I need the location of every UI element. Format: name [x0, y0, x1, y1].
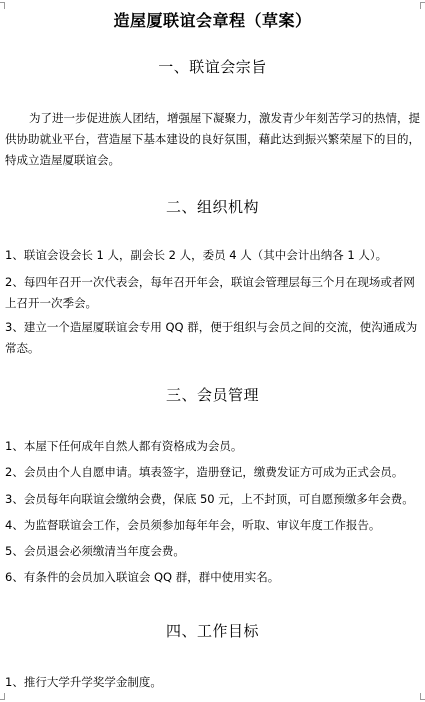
section-heading-membership: 三、会员管理 [0, 384, 425, 405]
page-corner-mark-bottom-left [0, 693, 5, 700]
section-heading-goals: 四、工作目标 [0, 620, 425, 641]
page-corner-mark-bottom-right [420, 693, 425, 700]
list-item: 1、推行大学升学奖学金制度。 [5, 672, 420, 693]
list-item: 3、建立一个造屋厦联谊会专用 QQ 群，便于组织与会员之间的交流，使沟通成为常态… [5, 317, 420, 359]
section-heading-purpose: 一、联谊会宗旨 [0, 56, 425, 77]
list-item: 6、有条件的会员加入联谊会 QQ 群，群中使用实名。 [5, 567, 420, 588]
document-title: 造屋厦联谊会章程（草案） [0, 8, 425, 31]
section-heading-organization: 二、组织机构 [0, 196, 425, 217]
list-item: 2、会员由个人自愿申请。填表签字，造册登记，缴费发证方可成为正式会员。 [5, 462, 420, 483]
list-item: 3、会员每年向联谊会缴纳会费，保底 50 元，上不封顶，可自愿预缴多年会费。 [5, 489, 420, 510]
list-item: 5、会员退会必须缴清当年度会费。 [5, 541, 420, 562]
list-item: 4、为监督联谊会工作，会员须参加每年年会，听取、审议年度工作报告。 [5, 515, 420, 536]
list-item: 1、联谊会设会长 1 人，副会长 2 人，委员 4 人（其中会计出纳各 1 人）… [5, 245, 420, 266]
list-item: 1、本屋下任何成年自然人都有资格成为会员。 [5, 436, 420, 457]
section-paragraph-purpose: 为了进一步促进族人团结，增强屋下凝聚力，激发青少年刻苦学习的热情，提供协助就业平… [5, 108, 420, 171]
list-item: 2、每四年召开一次代表会，每年召开年会，联谊会管理层每三个月在现场或者网上召开一… [5, 272, 420, 314]
